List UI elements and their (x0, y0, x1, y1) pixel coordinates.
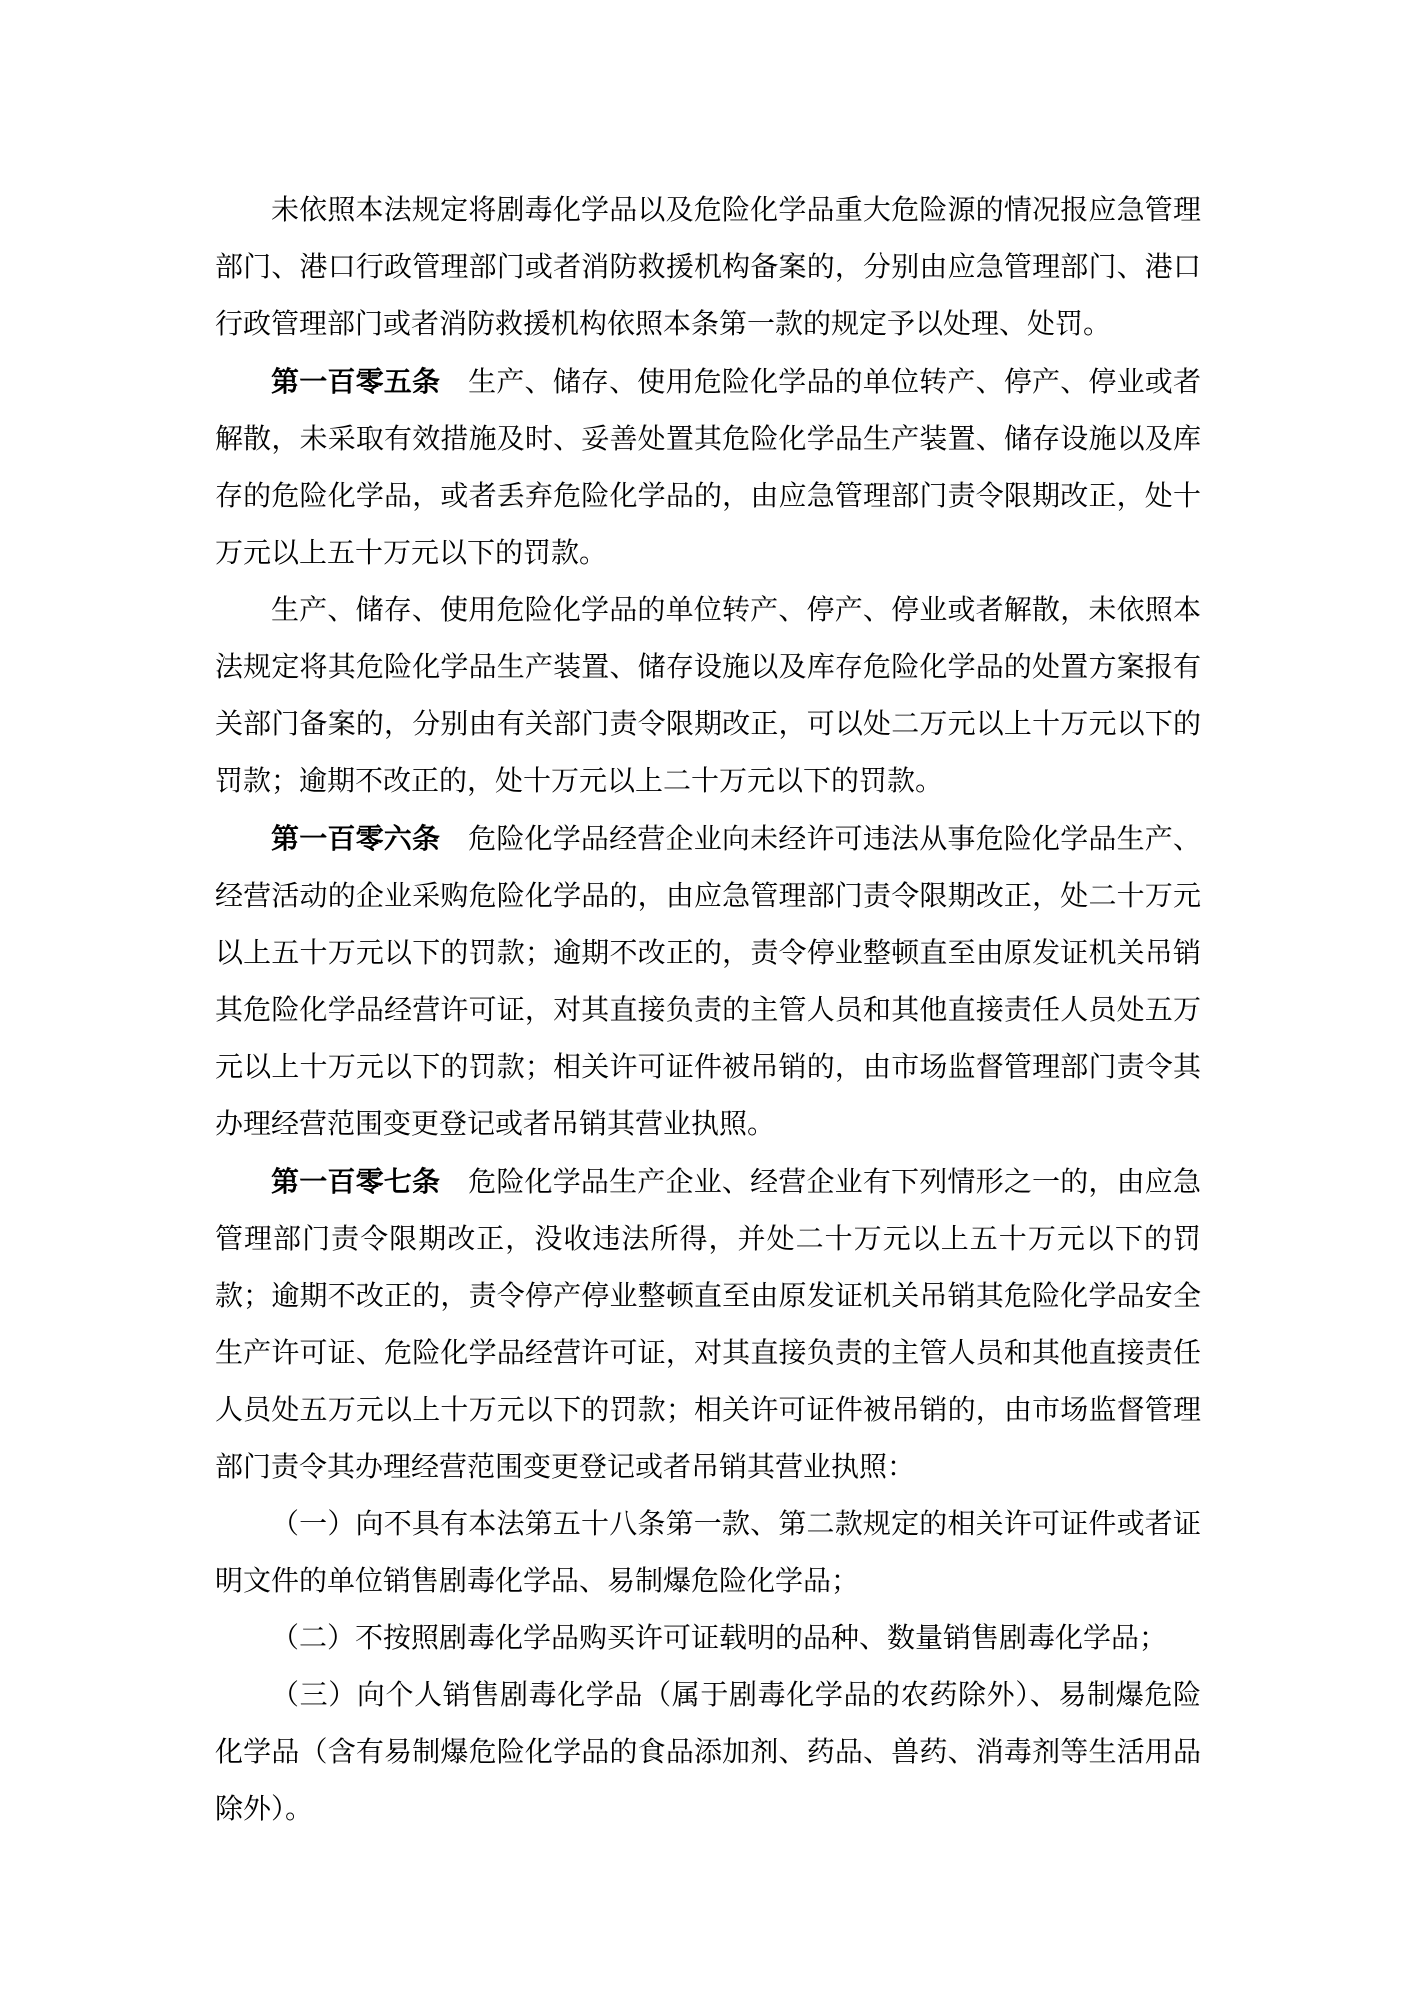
document-page: 未依照本法规定将剧毒化学品以及危险化学品重大危险源的情况报应急管理部门、港口行政… (0, 0, 1414, 2000)
paragraph: 未依照本法规定将剧毒化学品以及危险化学品重大危险源的情况报应急管理部门、港口行政… (215, 182, 1201, 353)
paragraph-item-2: （二）不按照剧毒化学品购买许可证载明的品种、数量销售剧毒化学品； (215, 1610, 1201, 1667)
paragraph-text: 危险化学品生产企业、经营企业有下列情形之一的，由应急管理部门责令限期改正，没收违… (215, 1167, 1201, 1483)
paragraph-text: 生产、储存、使用危险化学品的单位转产、停产、停业或者解散，未依照本法规定将其危险… (215, 595, 1201, 797)
article-number: 第一百零七条 (271, 1166, 440, 1197)
article-number: 第一百零六条 (271, 823, 440, 854)
paragraph-text: （三）向个人销售剧毒化学品（属于剧毒化学品的农药除外）、易制爆危险化学品（含有易… (215, 1680, 1201, 1825)
paragraph-text: （一）向不具有本法第五十八条第一款、第二款规定的相关许可证件或者证明文件的单位销… (215, 1509, 1201, 1597)
paragraph-text: 危险化学品经营企业向未经许可违法从事危险化学品生产、经营活动的企业采购危险化学品… (215, 824, 1201, 1140)
paragraph-text: 生产、储存、使用危险化学品的单位转产、停产、停业或者解散，未采取有效措施及时、妥… (215, 367, 1201, 569)
article-number: 第一百零五条 (271, 366, 440, 397)
paragraph-article-105: 第一百零五条生产、储存、使用危险化学品的单位转产、停产、停业或者解散，未采取有效… (215, 353, 1201, 582)
paragraph-text: 未依照本法规定将剧毒化学品以及危险化学品重大危险源的情况报应急管理部门、港口行政… (215, 195, 1201, 340)
paragraph-text: （二）不按照剧毒化学品购买许可证载明的品种、数量销售剧毒化学品； (271, 1623, 1167, 1654)
paragraph: 生产、储存、使用危险化学品的单位转产、停产、停业或者解散，未依照本法规定将其危险… (215, 582, 1201, 810)
paragraph-item-1: （一）向不具有本法第五十八条第一款、第二款规定的相关许可证件或者证明文件的单位销… (215, 1496, 1201, 1610)
paragraph-article-106: 第一百零六条危险化学品经营企业向未经许可违法从事危险化学品生产、经营活动的企业采… (215, 810, 1201, 1153)
paragraph-item-3: （三）向个人销售剧毒化学品（属于剧毒化学品的农药除外）、易制爆危险化学品（含有易… (215, 1667, 1201, 1838)
document-body: 未依照本法规定将剧毒化学品以及危险化学品重大危险源的情况报应急管理部门、港口行政… (215, 182, 1201, 1838)
paragraph-article-107: 第一百零七条危险化学品生产企业、经营企业有下列情形之一的，由应急管理部门责令限期… (215, 1153, 1201, 1496)
